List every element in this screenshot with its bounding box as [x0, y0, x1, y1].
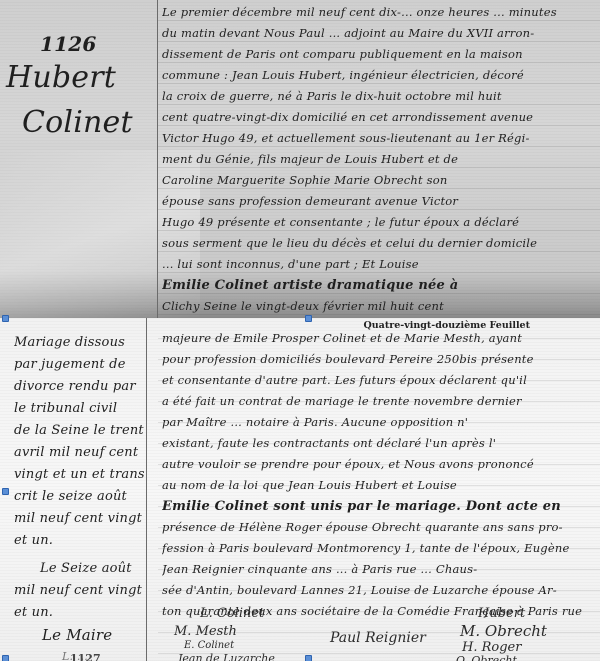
bottom-page-scan: Quatre-vingt-douzième Feuillet Mariage d…	[0, 318, 600, 661]
resize-handle-top-center[interactable]	[305, 315, 312, 322]
resize-handle-bottom-center[interactable]	[305, 655, 312, 661]
record-line: épouse sans profession demeurant avenue …	[162, 191, 596, 212]
record-line: Emilie Colinet sont unis par le mariage.…	[162, 496, 596, 517]
record-line: la croix de guerre, né à Paris le dix-hu…	[162, 86, 596, 107]
next-entry-number: 1127	[70, 652, 101, 661]
record-line: ment du Génie, fils majeur de Louis Hube…	[162, 149, 596, 170]
record-line: fession à Paris boulevard Montmorency 1,…	[162, 538, 596, 559]
record-line: sous serment que le lieu du décès et cel…	[162, 233, 596, 254]
signature: O. Obrecht	[456, 654, 517, 661]
record-line: sée d'Antin, boulevard Lannes 21, Louise…	[162, 580, 596, 601]
record-line: majeure de Emile Prosper Colinet et de M…	[162, 328, 596, 349]
margin-line: et un.	[14, 530, 144, 552]
record-text-top: Le premier décembre mil neuf cent dix-..…	[162, 2, 596, 318]
record-line: Clichy Seine le vingt-deux février mil h…	[162, 296, 596, 317]
record-line: a été fait un contrat de mariage le tren…	[162, 391, 596, 412]
margin-line: le tribunal civil	[14, 398, 144, 420]
record-text-bottom: majeure de Emile Prosper Colinet et de M…	[162, 328, 596, 622]
mayor-label: Le Maire	[14, 624, 144, 646]
divorce-margin-note: Mariage dissous par jugement de divorce …	[14, 332, 144, 661]
record-line: dissement de Paris ont comparu publiquem…	[162, 44, 596, 65]
record-line: du matin devant Nous Paul ... adjoint au…	[162, 23, 596, 44]
margin-surname-groom: Hubert	[6, 60, 116, 95]
margin-line: crit le seize août	[14, 486, 144, 508]
record-line: Hugo 49 présente et consentante ; le fut…	[162, 212, 596, 233]
record-line: par Maître ... notaire à Paris. Aucune o…	[162, 412, 596, 433]
record-line: Caroline Marguerite Sophie Marie Obrecht…	[162, 170, 596, 191]
signatures-block: L. Colinet M. Mesth E. Colinet Jean de L…	[160, 608, 600, 661]
margin-line: Le Seize août	[14, 558, 144, 580]
signature: Hubert	[478, 606, 525, 621]
signature: L. Colinet	[200, 606, 264, 621]
record-line: Emilie Colinet artiste dramatique née à	[162, 275, 596, 296]
margin-line: de la Seine le trente	[14, 420, 144, 442]
margin-line: Mariage dissous	[14, 332, 144, 354]
record-line: commune : Jean Louis Hubert, ingénieur é…	[162, 65, 596, 86]
signature: Jean de Luzarche	[178, 652, 275, 661]
record-line: Jean Reignier cinquante ans ... à Paris …	[162, 559, 596, 580]
margin-line: avril mil neuf cent	[14, 442, 144, 464]
margin-line: par jugement de	[14, 354, 144, 376]
record-line: pour profession domiciliés boulevard Per…	[162, 349, 596, 370]
resize-handle-top-left[interactable]	[2, 315, 9, 322]
record-line: au nom de la loi que Jean Louis Hubert e…	[162, 475, 596, 496]
record-line: existant, faute les contractants ont déc…	[162, 433, 596, 454]
margin-line: et un.	[14, 602, 144, 624]
resize-handle-bottom-left[interactable]	[2, 655, 9, 661]
margin-line: mil neuf cent vingt	[14, 508, 144, 530]
record-line: cent quatre-vingt-dix domicilié en cet a…	[162, 107, 596, 128]
margin-line: mil neuf cent vingt	[14, 580, 144, 602]
resize-handle-middle-left[interactable]	[2, 488, 9, 495]
record-line: et consentante d'autre part. Les futurs …	[162, 370, 596, 391]
record-line: présence de Hélène Roger épouse Obrecht …	[162, 517, 596, 538]
signature: M. Obrecht	[460, 622, 547, 640]
signature: Paul Reignier	[330, 630, 426, 646]
record-line: Le premier décembre mil neuf cent dix-..…	[162, 2, 596, 23]
signature: H. Roger	[462, 640, 521, 655]
margin-divider	[146, 318, 147, 661]
record-line: autre vouloir se prendre pour époux, et …	[162, 454, 596, 475]
record-line: Victor Hugo 49, et actuellement sous-lie…	[162, 128, 596, 149]
margin-line: vingt et un et trans-	[14, 464, 144, 486]
top-page-scan: 1126 Hubert Colinet Le premier décembre …	[0, 0, 600, 318]
margin-divider	[157, 0, 158, 318]
entry-number: 1126	[40, 32, 96, 56]
signature: E. Colinet	[184, 640, 234, 651]
margin-surname-bride: Colinet	[22, 105, 133, 140]
record-line: ... lui sont inconnus, d'une part ; Et L…	[162, 254, 596, 275]
signature: M. Mesth	[174, 624, 237, 639]
margin-line: divorce rendu par	[14, 376, 144, 398]
